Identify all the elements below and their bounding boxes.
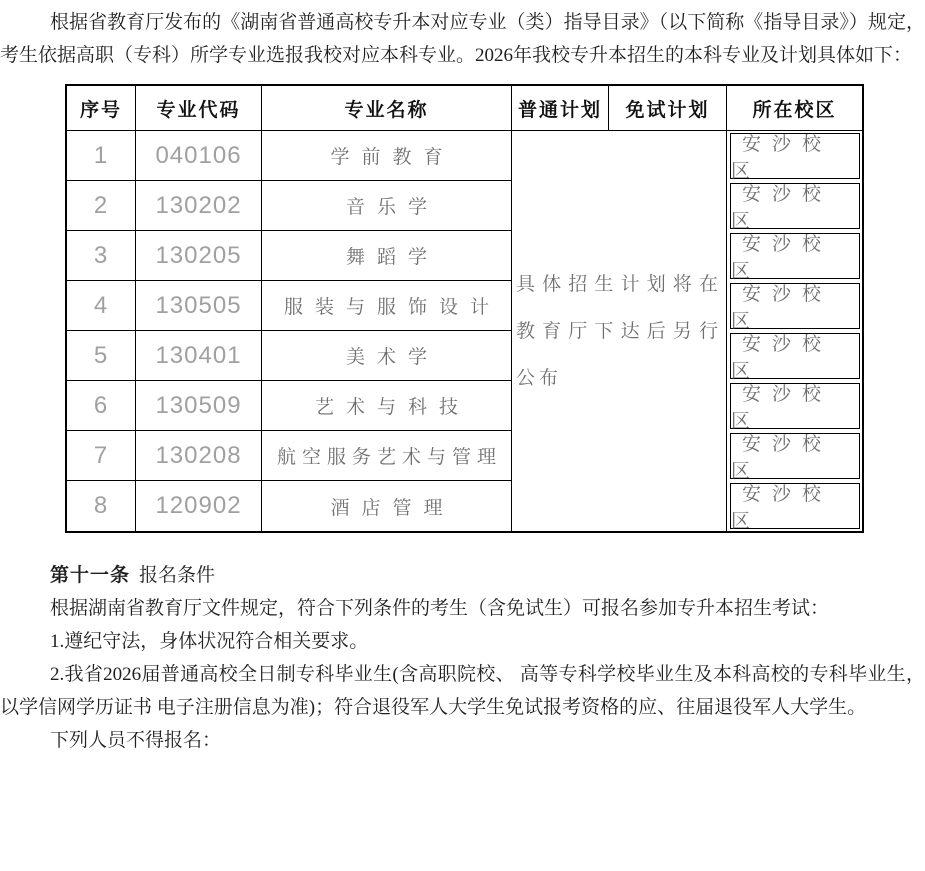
serial-cell: 6 xyxy=(67,381,136,431)
code-cell: 130202 xyxy=(136,181,262,231)
serial-cell: 1 xyxy=(67,131,136,181)
code-cell: 130208 xyxy=(136,431,262,481)
article-heading: 第十一条报名条件 xyxy=(0,559,925,592)
requirements-paragraph: 根据湖南省教育厅文件规定，符合下列条件的考生（含免试生）可报名参加专升本招生考试… xyxy=(0,592,925,625)
intro-paragraph: 根据省教育厅发布的《湖南省普通高校专升本对应专业（类）指导目录》（以下简称《指导… xyxy=(0,6,925,72)
code-cell: 130401 xyxy=(136,331,262,381)
col-header-serial: 序号 xyxy=(67,86,136,131)
major-name-cell: 航空服务艺术与管理 xyxy=(262,431,512,481)
plan-note-cell: 具体招生计划将在教育厅下达后另行公布 xyxy=(512,131,727,531)
col-header-regular-plan: 普通计划 xyxy=(512,86,609,131)
document: 根据省教育厅发布的《湖南省普通高校专升本对应专业（类）指导目录》（以下简称《指导… xyxy=(0,0,925,757)
major-name-cell: 学前教育 xyxy=(262,131,512,181)
campus-cell: 安沙校区 xyxy=(730,183,860,229)
major-name-cell: 音乐学 xyxy=(262,181,512,231)
serial-cell: 3 xyxy=(67,231,136,281)
col-header-major: 专业名称 xyxy=(262,86,512,131)
major-name-cell: 服装与服饰设计 xyxy=(262,281,512,331)
code-cell: 040106 xyxy=(136,131,262,181)
serial-cell: 7 xyxy=(67,431,136,481)
major-name-cell: 舞蹈学 xyxy=(262,231,512,281)
campus-cell: 安沙校区 xyxy=(730,283,860,329)
campus-cell: 安沙校区 xyxy=(730,383,860,429)
campus-cell: 安沙校区 xyxy=(730,233,860,279)
major-name-cell: 艺术与科技 xyxy=(262,381,512,431)
forbidden-paragraph: 下列人员不得报名： xyxy=(0,724,925,757)
majors-table: 序号 专业代码 专业名称 普通计划 免试计划 所在校区 1 040106 学前教… xyxy=(65,84,864,533)
col-header-exempt-plan: 免试计划 xyxy=(609,86,727,131)
serial-cell: 5 xyxy=(67,331,136,381)
campus-cell: 安沙校区 xyxy=(730,433,860,479)
serial-cell: 2 xyxy=(67,181,136,231)
serial-cell: 4 xyxy=(67,281,136,331)
code-cell: 130505 xyxy=(136,281,262,331)
campus-cell: 安沙校区 xyxy=(730,333,860,379)
major-name-cell: 美术学 xyxy=(262,331,512,381)
serial-cell: 8 xyxy=(67,481,136,531)
code-cell: 130205 xyxy=(136,231,262,281)
condition-item-1: 1.遵纪守法，身体状况符合相关要求。 xyxy=(0,625,925,658)
code-cell: 130509 xyxy=(136,381,262,431)
article-title: 报名条件 xyxy=(139,565,215,586)
col-header-code: 专业代码 xyxy=(136,86,262,131)
code-cell: 120902 xyxy=(136,481,262,531)
campus-cell: 安沙校区 xyxy=(730,133,860,179)
campus-cell: 安沙校区 xyxy=(730,483,860,529)
article-number: 第十一条 xyxy=(50,565,130,586)
major-name-cell: 酒店管理 xyxy=(262,481,512,531)
condition-item-2: 2.我省2026届普通高校全日制专科毕业生(含高职院校、 高等专科学校毕业生及本… xyxy=(0,658,925,724)
col-header-campus: 所在校区 xyxy=(727,86,862,131)
